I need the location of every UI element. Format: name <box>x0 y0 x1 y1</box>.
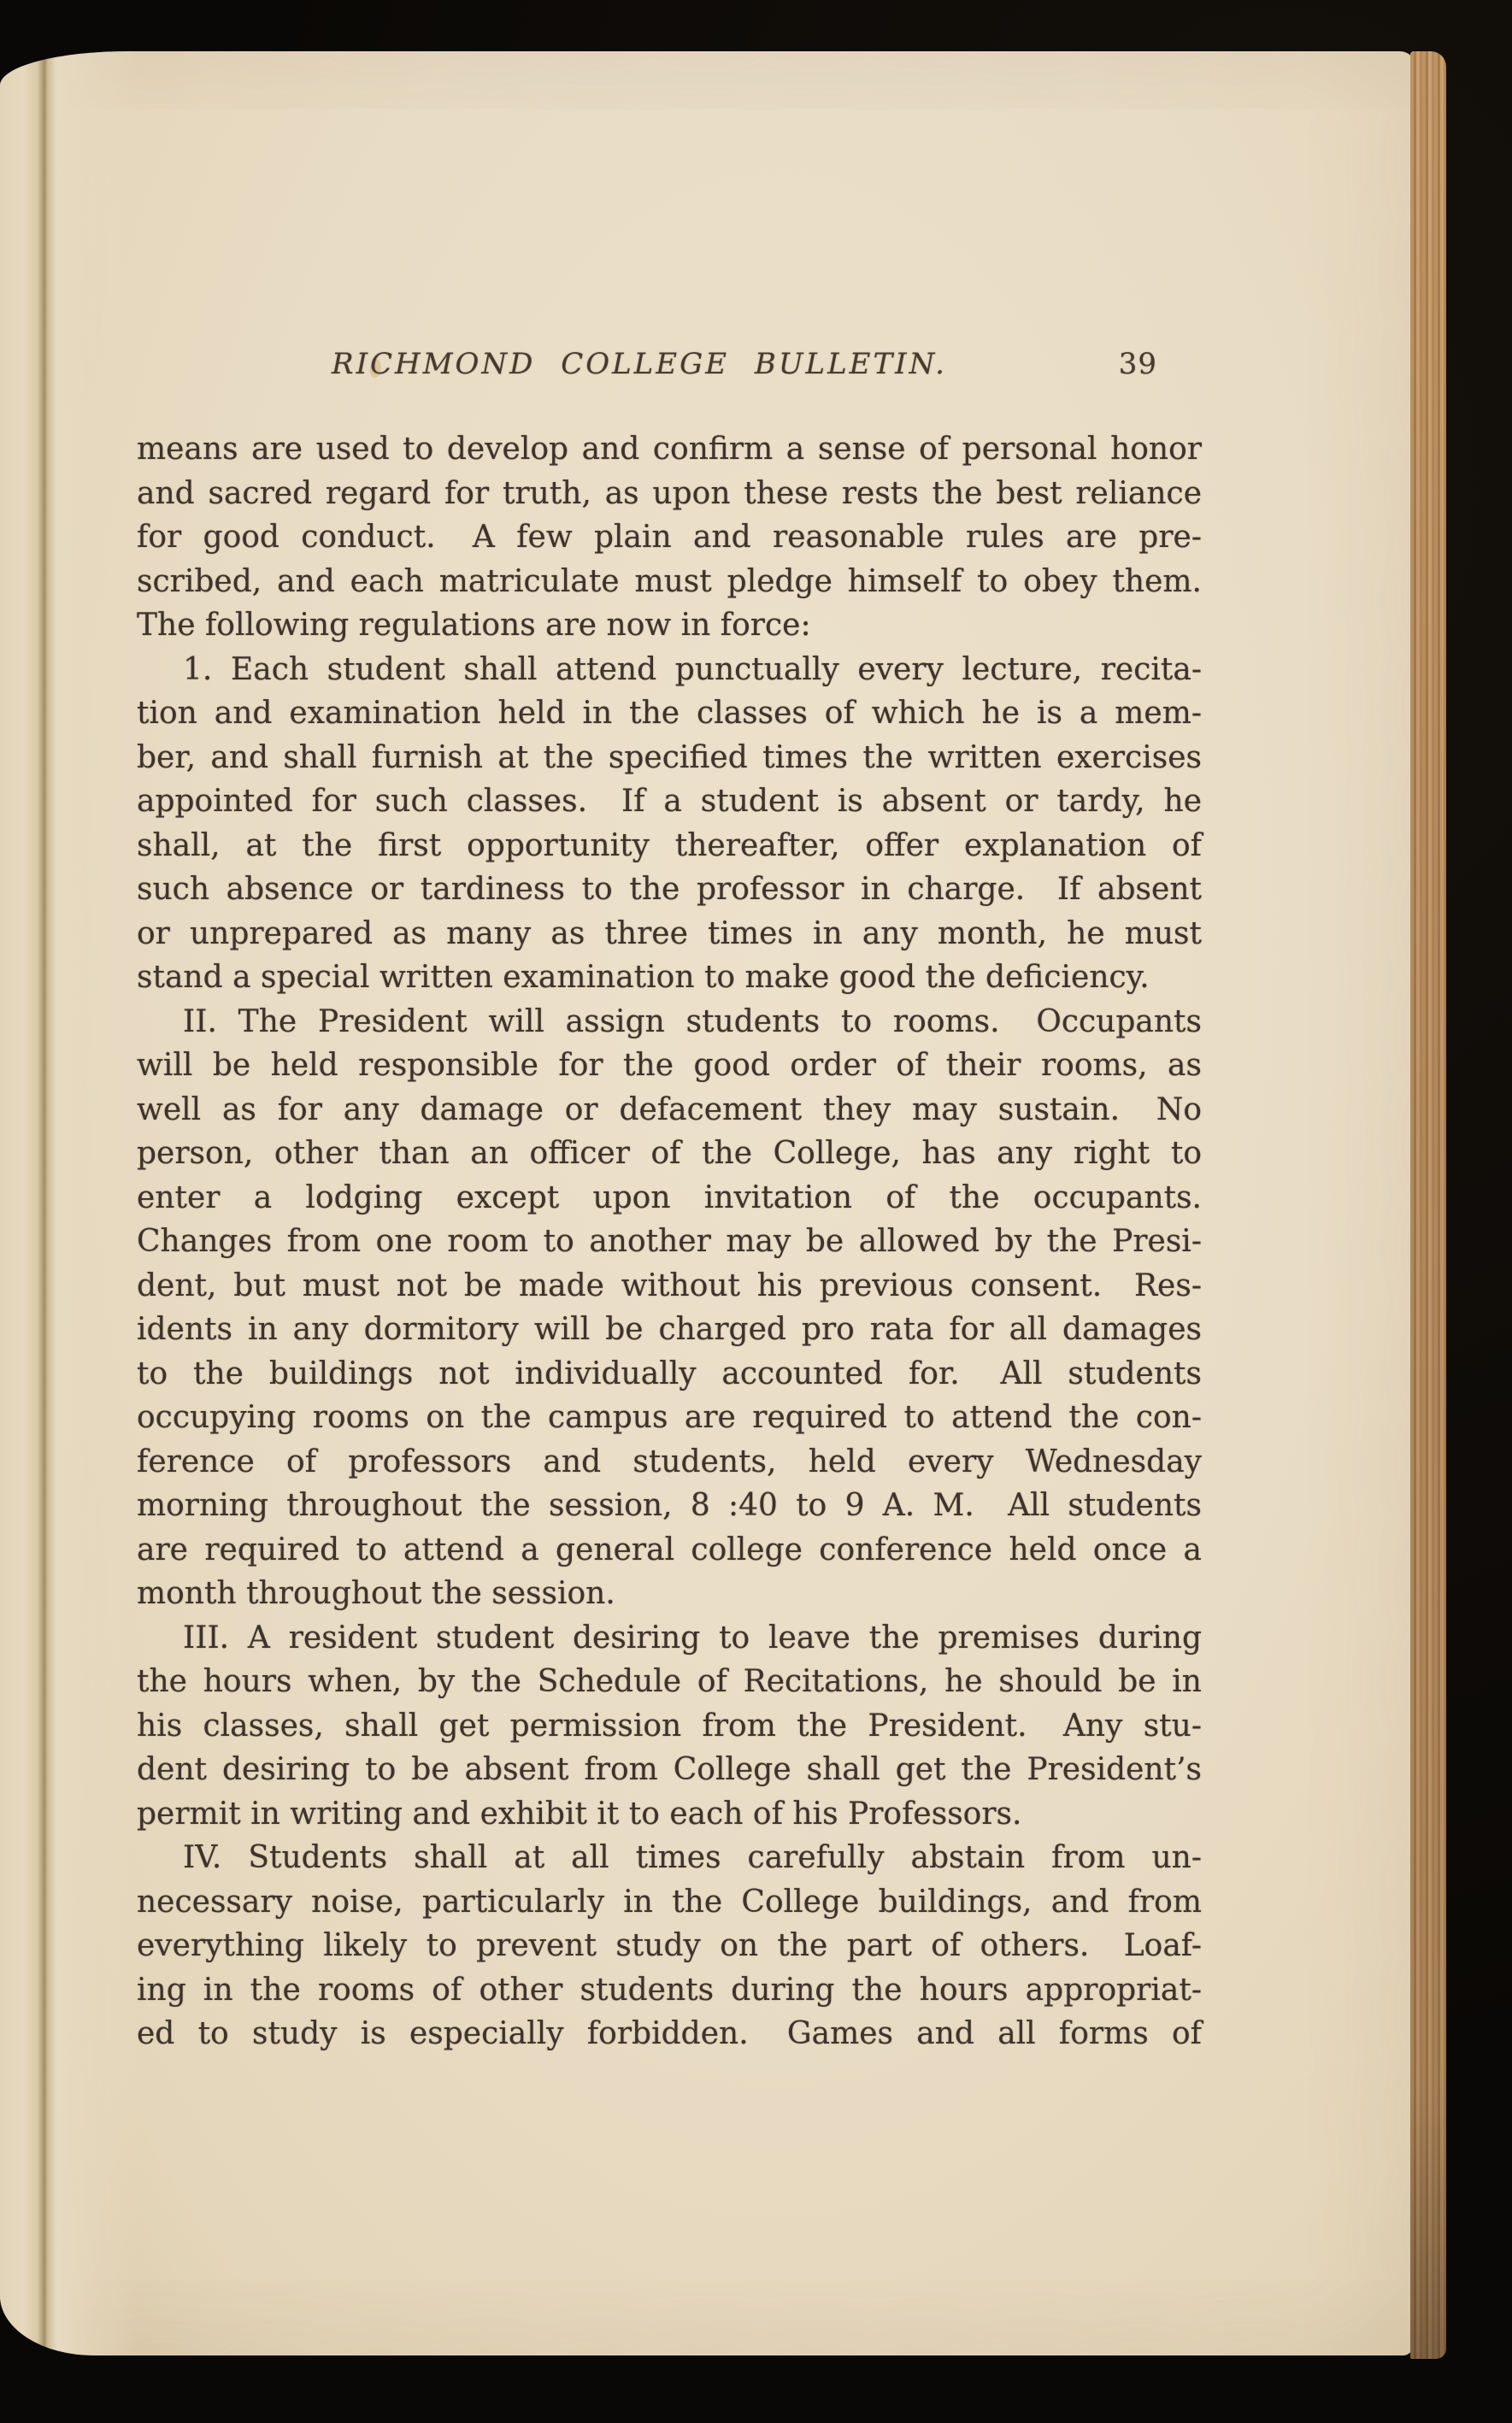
text-line: or unprepared as many as three times in … <box>137 912 1202 956</box>
text-line: morning throughout the session, 8 :40 to… <box>137 1484 1202 1528</box>
text-line: will be held responsible for the good or… <box>137 1044 1202 1088</box>
text-line: Changes from one room to another may be … <box>137 1220 1202 1264</box>
text-line: necessary noise, particularly in the Col… <box>137 1880 1202 1925</box>
text-line: and sacred regard for truth, as upon the… <box>137 472 1202 516</box>
book-scan: { "header": { "title": "RICHMOND COLLEGE… <box>0 0 1512 2423</box>
page-number: 39 <box>1119 347 1157 381</box>
text-line: The following regulations are now in for… <box>137 603 1202 648</box>
text-line: means are used to develop and confirm a … <box>137 427 1202 472</box>
text-line: to the buildings not individually accoun… <box>137 1352 1202 1397</box>
text-line: stand a special written examination to m… <box>137 956 1202 1000</box>
text-line: for good conduct. A few plain and reason… <box>137 515 1202 560</box>
text-line: tion and examination held in the classes… <box>137 691 1202 736</box>
text-line: 1. Each student shall attend punctually … <box>137 648 1202 692</box>
text-line: permit in writing and exhibit it to each… <box>137 1792 1202 1837</box>
text-line: enter a lodging except upon invitation o… <box>137 1176 1202 1220</box>
body-text: means are used to develop and confirm a … <box>137 427 1202 2056</box>
text-line: such absence or tardiness to the profess… <box>137 867 1202 912</box>
text-line: occupying rooms on the campus are requir… <box>137 1396 1202 1440</box>
page-title: RICHMOND COLLEGE BULLETIN. <box>137 347 1202 381</box>
text-line: ed to study is especially forbidden. Gam… <box>137 2012 1202 2056</box>
text-line: ber, and shall furnish at the specified … <box>137 736 1202 780</box>
book-page: RICHMOND COLLEGE BULLETIN. 39 means are … <box>0 51 1415 2355</box>
running-head: RICHMOND COLLEGE BULLETIN. 39 <box>137 347 1202 390</box>
gutter-fold-shadow <box>0 51 137 2355</box>
text-line: the hours when, by the Schedule of Recit… <box>137 1660 1202 1704</box>
text-line: III. A resident student desiring to leav… <box>137 1616 1202 1661</box>
text-line: ference of professors and students, held… <box>137 1440 1202 1485</box>
text-line: well as for any damage or defacement the… <box>137 1088 1202 1132</box>
text-line: appointed for such classes. If a student… <box>137 779 1202 824</box>
text-line: II. The President will assign students t… <box>137 1000 1202 1044</box>
text-line: dent, but must not be made without his p… <box>137 1264 1202 1309</box>
text-line: are required to attend a general college… <box>137 1528 1202 1573</box>
text-line: ing in the rooms of other students durin… <box>137 1968 1202 2013</box>
text-line: dent desiring to be absent from College … <box>137 1748 1202 1792</box>
text-line: idents in any dormitory will be charged … <box>137 1308 1202 1352</box>
text-line: person, other than an officer of the Col… <box>137 1132 1202 1176</box>
text-line: his classes, shall get permission from t… <box>137 1704 1202 1749</box>
text-line: everything likely to prevent study on th… <box>137 1924 1202 1968</box>
text-line: IV. Students shall at all times carefull… <box>137 1836 1202 1880</box>
page-edge-stack <box>1410 51 1446 2359</box>
text-line: scribed, and each matriculate must pledg… <box>137 560 1202 604</box>
text-line: shall, at the first opportunity thereaft… <box>137 824 1202 868</box>
text-line: month throughout the session. <box>137 1572 1202 1616</box>
